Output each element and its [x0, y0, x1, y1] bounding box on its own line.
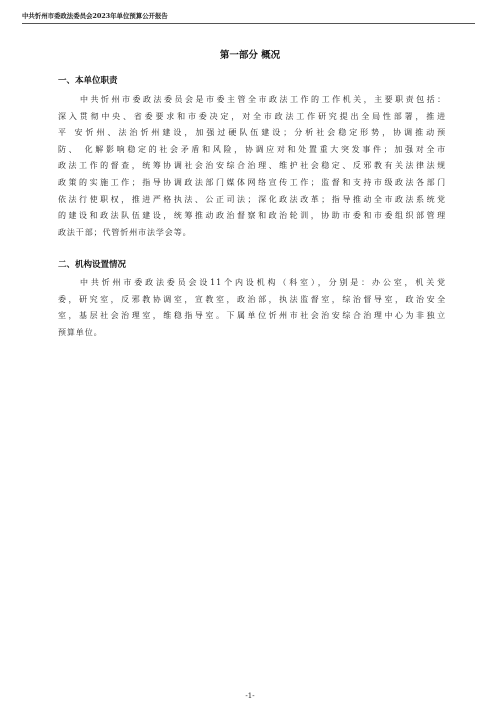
page-number: -1-	[0, 691, 500, 701]
paragraph-line: 平 安忻州、法治忻州建设，加强过硬队伍建设；分析社会稳定形势，协调推动预	[58, 125, 446, 142]
paragraph-line: 室，基层社会治理室，维稳指导室。下属单位忻州市社会治安综合治理中心为非独立	[58, 308, 446, 325]
section-heading-organization: 二、机构设置情况	[58, 260, 126, 271]
paragraph-line: 中共忻州市委政法委员会是市委主管全市政法工作的工作机关，主要职责包括：	[58, 92, 446, 109]
paragraph-line: 政法工作的督查，统筹协调社会治安综合治理、维护社会稳定、反邪教有关法律法规	[58, 158, 446, 175]
paragraph-line: 中共忻州市委政法委员会设11个内设机构（科室），分别是：办公室，机关党	[58, 275, 446, 292]
page-title: 第一部分 概况	[0, 50, 500, 62]
paragraph-line: 深入贯彻中央、省委要求和市委决定，对全市政法工作研究提出全局性部署，推进	[58, 109, 446, 126]
running-header: 中共忻州市委政法委员会2023年单位预算公开报告	[22, 11, 475, 24]
paragraph-duties: 中共忻州市委政法委员会是市委主管全市政法工作的工作机关，主要职责包括： 深入贯彻…	[58, 92, 446, 241]
paragraph-organization: 中共忻州市委政法委员会设11个内设机构（科室），分别是：办公室，机关党 委，研究…	[58, 275, 446, 341]
paragraph-line: 防、 化解影响稳定的社会矛盾和风险，协调应对和处置重大突发事件；加强对全市	[58, 142, 446, 159]
paragraph-line: 政法干部；代管忻州市法学会等。	[58, 225, 446, 242]
paragraph-line: 委，研究室，反邪教协调室，宣教室，政治部，执法监督室，综治督导室，政治安全	[58, 292, 446, 309]
section-heading-duties: 一、本单位职责	[58, 76, 118, 87]
paragraph-line: 依法行使职权，推进严格执法、公正司法；深化政法改革；指导推动全市政法系统党	[58, 192, 446, 209]
paragraph-line: 的建设和政法队伍建设，统筹推动政治督察和政治轮训，协助市委和市委组织部管理	[58, 208, 446, 225]
paragraph-line: 预算单位。	[58, 325, 446, 342]
running-header-title: 中共忻州市委政法委员会2023年单位预算公开报告	[22, 12, 168, 20]
paragraph-line: 政策的实施工作；指导协调政法部门媒体网络宣传工作；监督和支持市级政法各部门	[58, 175, 446, 192]
